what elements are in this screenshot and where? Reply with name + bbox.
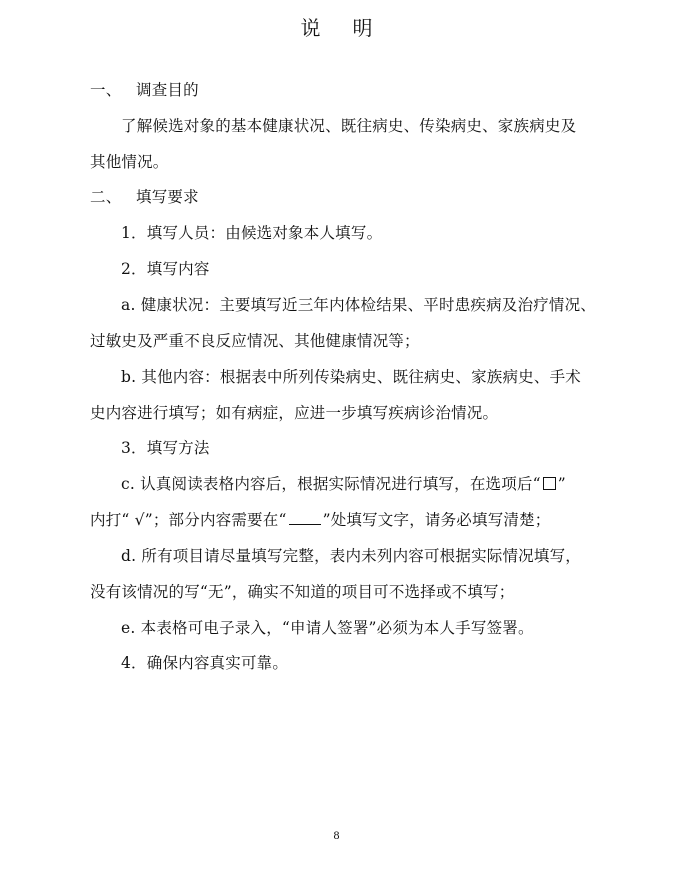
page-title: 说明 xyxy=(0,14,673,42)
item-2-content: 2．填写内容 xyxy=(121,258,210,280)
section-heading-purpose: 一、调查目的 xyxy=(90,79,199,101)
item-c-line2-post: ”处填写文字，请务必填写清楚； xyxy=(323,511,551,529)
item-b-line-1: b. 其他内容：根据表中所列传染病史、既往病史、家族病史、手术 xyxy=(121,366,581,388)
purpose-paragraph-line-1: 了解候选对象的基本健康状况、既往病史、传染病史、家族病史及 xyxy=(121,115,576,137)
item-a-line-1: a. 健康状况：主要填写近三年内体检结果、平时患疾病及治疗情况、 xyxy=(121,294,596,316)
item-a-line-2: 过敏史及严重不良反应情况、其他健康情况等； xyxy=(90,330,420,352)
item-1-filler: 1．填写人员：由候选对象本人填写。 xyxy=(121,222,382,244)
purpose-paragraph-line-2: 其他情况。 xyxy=(90,151,169,173)
section-heading-requirements: 二、填写要求 xyxy=(90,186,199,208)
title-char-1: 说 xyxy=(301,14,321,42)
item-c-line2-pre: 内打“ √”；部分内容需要在“ xyxy=(90,511,287,529)
item-d-line-2: 没有该情况的写“无”，确实不知道的项目可不选择或不填写； xyxy=(90,581,514,603)
title-char-2: 明 xyxy=(353,14,373,42)
item-4-truthful: 4．确保内容真实可靠。 xyxy=(121,652,288,674)
item-c-line-1: c. 认真阅读表格内容后，根据实际情况进行填写，在选项后“” xyxy=(121,473,566,495)
blank-underline-icon xyxy=(289,510,321,525)
item-c-text-pre: c. 认真阅读表格内容后，根据实际情况进行填写，在选项后“ xyxy=(121,475,541,493)
section-heading-text: 填写要求 xyxy=(136,188,199,206)
item-c-text-post: ” xyxy=(558,475,566,493)
page-number: 8 xyxy=(0,826,673,844)
item-c-line-2: 内打“ √”；部分内容需要在“”处填写文字，请务必填写清楚； xyxy=(90,509,551,531)
document-page: 说明 一、调查目的 了解候选对象的基本健康状况、既往病史、传染病史、家族病史及 … xyxy=(0,0,673,885)
section-number: 一、 xyxy=(90,79,136,101)
checkbox-icon xyxy=(543,477,556,490)
item-e-line-1: e. 本表格可电子录入，“申请人签署”必须为本人手写签署。 xyxy=(121,617,534,639)
section-number: 二、 xyxy=(90,186,136,208)
item-3-method: 3．填写方法 xyxy=(121,437,210,459)
section-heading-text: 调查目的 xyxy=(136,81,199,99)
item-d-line-1: d. 所有项目请尽量填写完整，表内未列内容可根据实际情况填写， xyxy=(121,545,581,567)
item-b-line-2: 史内容进行填写；如有病症，应进一步填写疾病诊治情况。 xyxy=(90,402,498,424)
